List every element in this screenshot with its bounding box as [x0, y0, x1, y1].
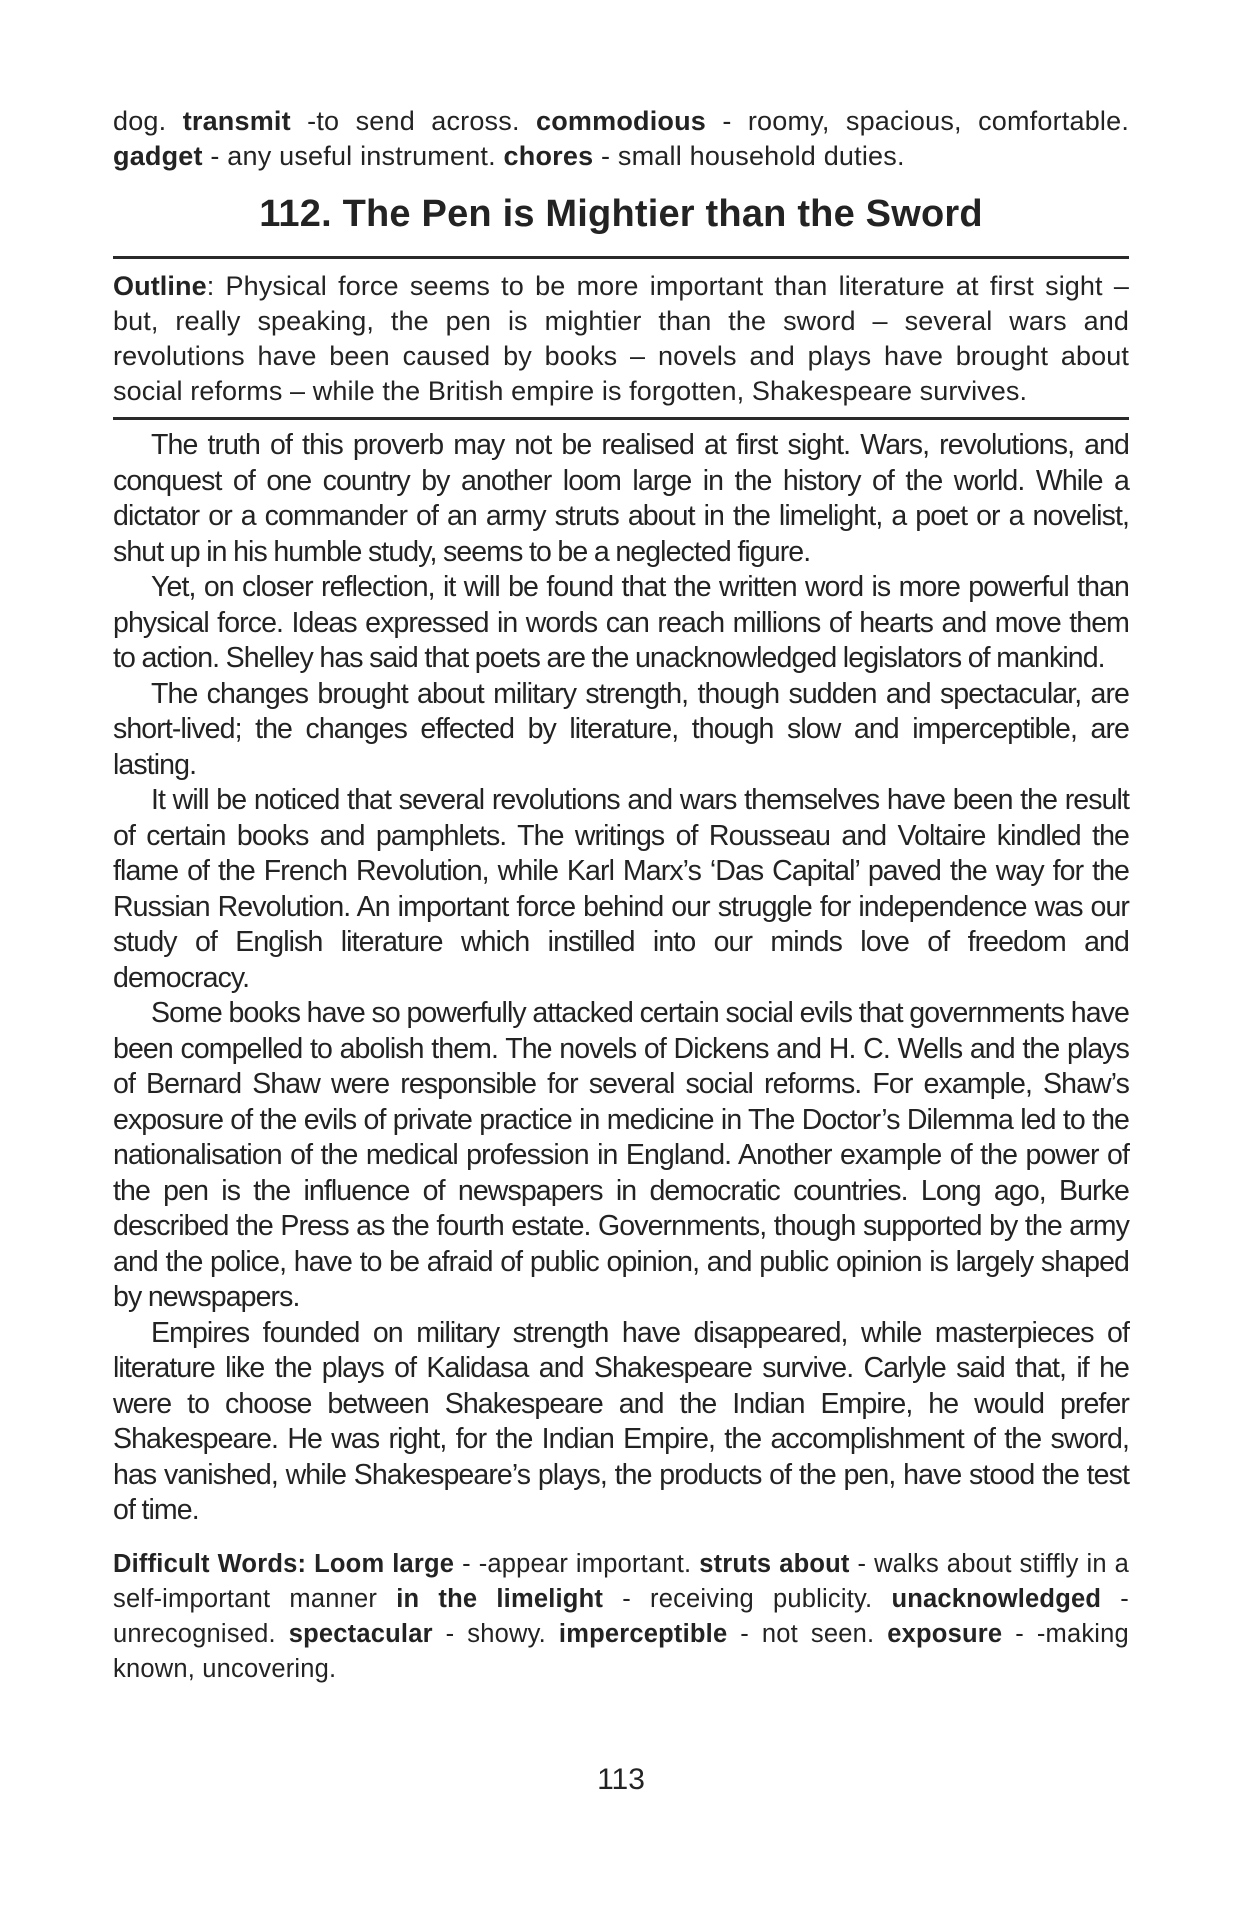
- glossary-term: transmit: [183, 106, 291, 136]
- essay-paragraph-6: Empires founded on military strength hav…: [113, 1316, 1129, 1529]
- glossary-term: chores: [504, 141, 594, 171]
- glossary-term: unacknowledged: [891, 1585, 1101, 1613]
- glossary-def: dog.: [113, 106, 166, 136]
- glossary-def: -to send across.: [307, 106, 520, 136]
- previous-essay-glossary: dog. transmit -to send across. commodiou…: [113, 104, 1129, 174]
- glossary-term: in the limelight: [396, 1585, 603, 1613]
- outline-text: : Physical force seems to be more import…: [113, 271, 1129, 406]
- glossary-term: Loom large: [314, 1550, 454, 1578]
- glossary-def: - not seen.: [740, 1620, 874, 1648]
- essay-outline: Outline: Physical force seems to be more…: [113, 269, 1129, 409]
- essay-body: The truth of this proverb may not be rea…: [113, 428, 1129, 1529]
- glossary-term: exposure: [887, 1620, 1002, 1648]
- glossary-def: - roomy, spacious, comfortable.: [722, 106, 1129, 136]
- glossary-term: gadget: [113, 141, 203, 171]
- glossary-def: - -appear important.: [462, 1550, 691, 1578]
- essay-paragraph-5: Some books have so powerfully attacked c…: [113, 996, 1129, 1316]
- glossary-term: struts about: [699, 1550, 849, 1578]
- glossary-def: - showy.: [446, 1620, 546, 1648]
- book-page: dog. transmit -to send across. commodiou…: [113, 104, 1129, 1712]
- glossary-term: spectacular: [289, 1620, 433, 1648]
- outline-bottom-rule: [113, 417, 1129, 420]
- essay-paragraph-3: The changes brought about military stren…: [113, 677, 1129, 784]
- outline-top-rule: [113, 256, 1129, 259]
- outline-label: Outline: [113, 271, 207, 301]
- glossary-def: - receiving publicity.: [622, 1585, 872, 1613]
- glossary-def: - small household duties.: [601, 141, 905, 171]
- glossary-term: commodious: [536, 106, 706, 136]
- essay-paragraph-1: The truth of this proverb may not be rea…: [113, 428, 1129, 570]
- essay-paragraph-2: Yet, on closer reflection, it will be fo…: [113, 570, 1129, 677]
- glossary-def: - any useful instrument.: [210, 141, 495, 171]
- essay-title: 112. The Pen is Mightier than the Sword: [113, 192, 1129, 236]
- essay-paragraph-4: It will be noticed that several revoluti…: [113, 783, 1129, 996]
- glossary-term: imperceptible: [559, 1620, 727, 1648]
- difficult-words: Difficult Words: Loom large - -appear im…: [113, 1547, 1129, 1687]
- difficult-words-label: Difficult Words:: [113, 1550, 306, 1578]
- page-number: 113: [0, 1762, 1242, 1798]
